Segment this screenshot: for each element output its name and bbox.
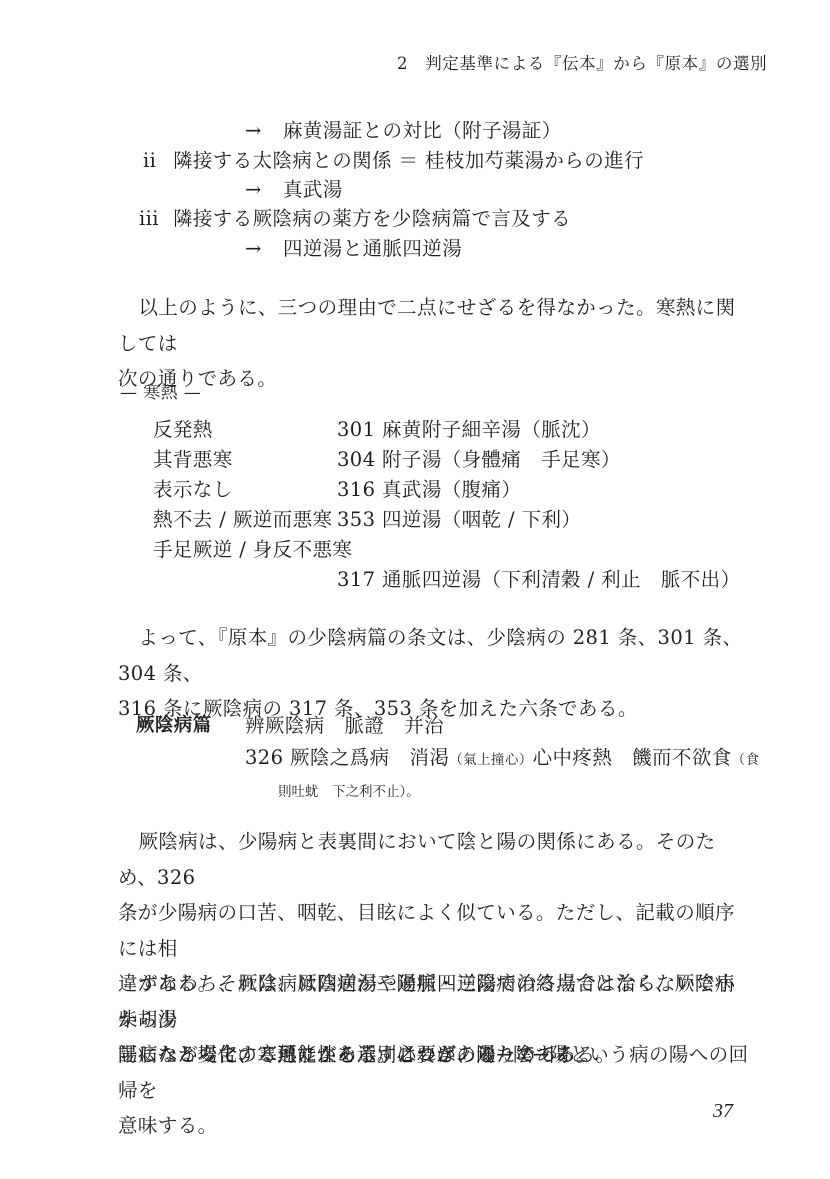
list-arrow-line: → 真武湯 [245,178,262,202]
paragraph-line: したがって、寒熱による選別はつぎの通りである。 [118,1037,754,1073]
article-annotation-continued: 則吐蚘 下之利不止）。 [278,780,420,800]
list-arrow-line: → 四逆湯と通脈四逆湯 [245,237,262,261]
kannetsu-formula: 316 真武湯（腹痛） [337,478,521,502]
paragraph-2: よって、『原本』の少陰病篇の条文は、少陰病の 281 条、301 条、304 条… [118,620,754,727]
paragraph-line: 意味する。 [118,1108,754,1144]
kannetsu-formula: 353 四逆湯（咽乾 / 下利） [337,508,581,532]
paragraph-line: 厥陰病は、少陽病と表裏間において陰と陽の関係にある。そのため、326 [118,824,754,895]
paragraph-line: 以上のように、三つの理由で二点にせざるを得なかった。寒熱に関しては [118,290,754,361]
kannetsu-symptom: 手足厥逆 / 身反不悪寒 [153,538,352,562]
kannetsu-formula: 301 麻黄附子細辛湯（脈沈） [337,418,601,442]
article-annotation: （氣上撞心） [449,752,532,768]
arrow-icon: → [245,178,262,201]
article-text: 326 厥陰之爲病 消渇 [245,746,449,769]
list-arrow-text: 四逆湯と通脈四逆湯 [283,237,462,261]
paragraph-5: したがって、寒熱による選別はつぎの通りである。 [118,1037,754,1073]
paragraph-line: すなわち、厥陰病は四逆湯や通脈四逆湯で治る場合と治らないで小柴胡湯 [118,966,754,1037]
section-heading: 厥陰病篇 [136,714,212,738]
list-marker: ii [143,149,156,172]
section-subtitle: 辨厥陰病 脈證 并治 [245,714,444,738]
list-item: ii 隣接する太陰病との関係 ＝ 桂枝加芍薬湯からの進行 [143,149,156,173]
arrow-icon: → [245,119,262,142]
list-marker: iii [139,207,159,230]
list-item-text: 隣接する厥陰病の薬方を少陰病篇で言及する [173,207,571,231]
kannetsu-symptom: 其背悪寒 [153,448,233,472]
article-annotation: （食 [732,752,760,768]
arrow-icon: → [245,237,262,260]
kannetsu-symptom: 表示なし [153,478,233,502]
list-arrow-text: 麻黄湯証との対比（附子湯証） [283,119,562,143]
list-item: iii 隣接する厥陰病の薬方を少陰病篇で言及する [139,207,159,231]
page-number: 37 [713,1100,733,1123]
kannetsu-title: — 寒熱 — [120,381,201,405]
list-arrow-line: → 麻黄湯証との対比（附子湯証） [245,119,262,143]
kannetsu-symptom: 反発熱 [153,418,213,442]
kannetsu-formula: 304 附子湯（身體痛 手足寒） [337,448,621,472]
running-header: 2 判定基準による『伝本』から『原本』の選別 [397,50,767,74]
list-arrow-text: 真武湯 [283,178,343,202]
paragraph-line: 次の通りである。 [118,361,754,397]
list-item-text: 隣接する太陰病との関係 ＝ 桂枝加芍薬湯からの進行 [173,149,644,173]
kannetsu-symptom: 熱不去 / 厥逆而悪寒 [153,508,332,532]
paragraph-line: 条が少陽病の口苦、咽乾、目眩によく似ている。ただし、記載の順序には相 [118,895,754,966]
paragraph-1: 以上のように、三つの理由で二点にせざるを得なかった。寒熱に関しては 次の通りであ… [118,290,754,397]
kannetsu-formula: 317 通脈四逆湯（下利清穀 / 利止 脈不出） [337,568,741,592]
article-text: 心中疼熱 饑而不欲食 [533,746,732,769]
article-326: 326 厥陰之爲病 消渇（氣上撞心）心中疼熱 饑而不欲食（食 [245,746,759,772]
paragraph-line: よって、『原本』の少陰病篇の条文は、少陰病の 281 条、301 条、304 条… [118,620,754,691]
